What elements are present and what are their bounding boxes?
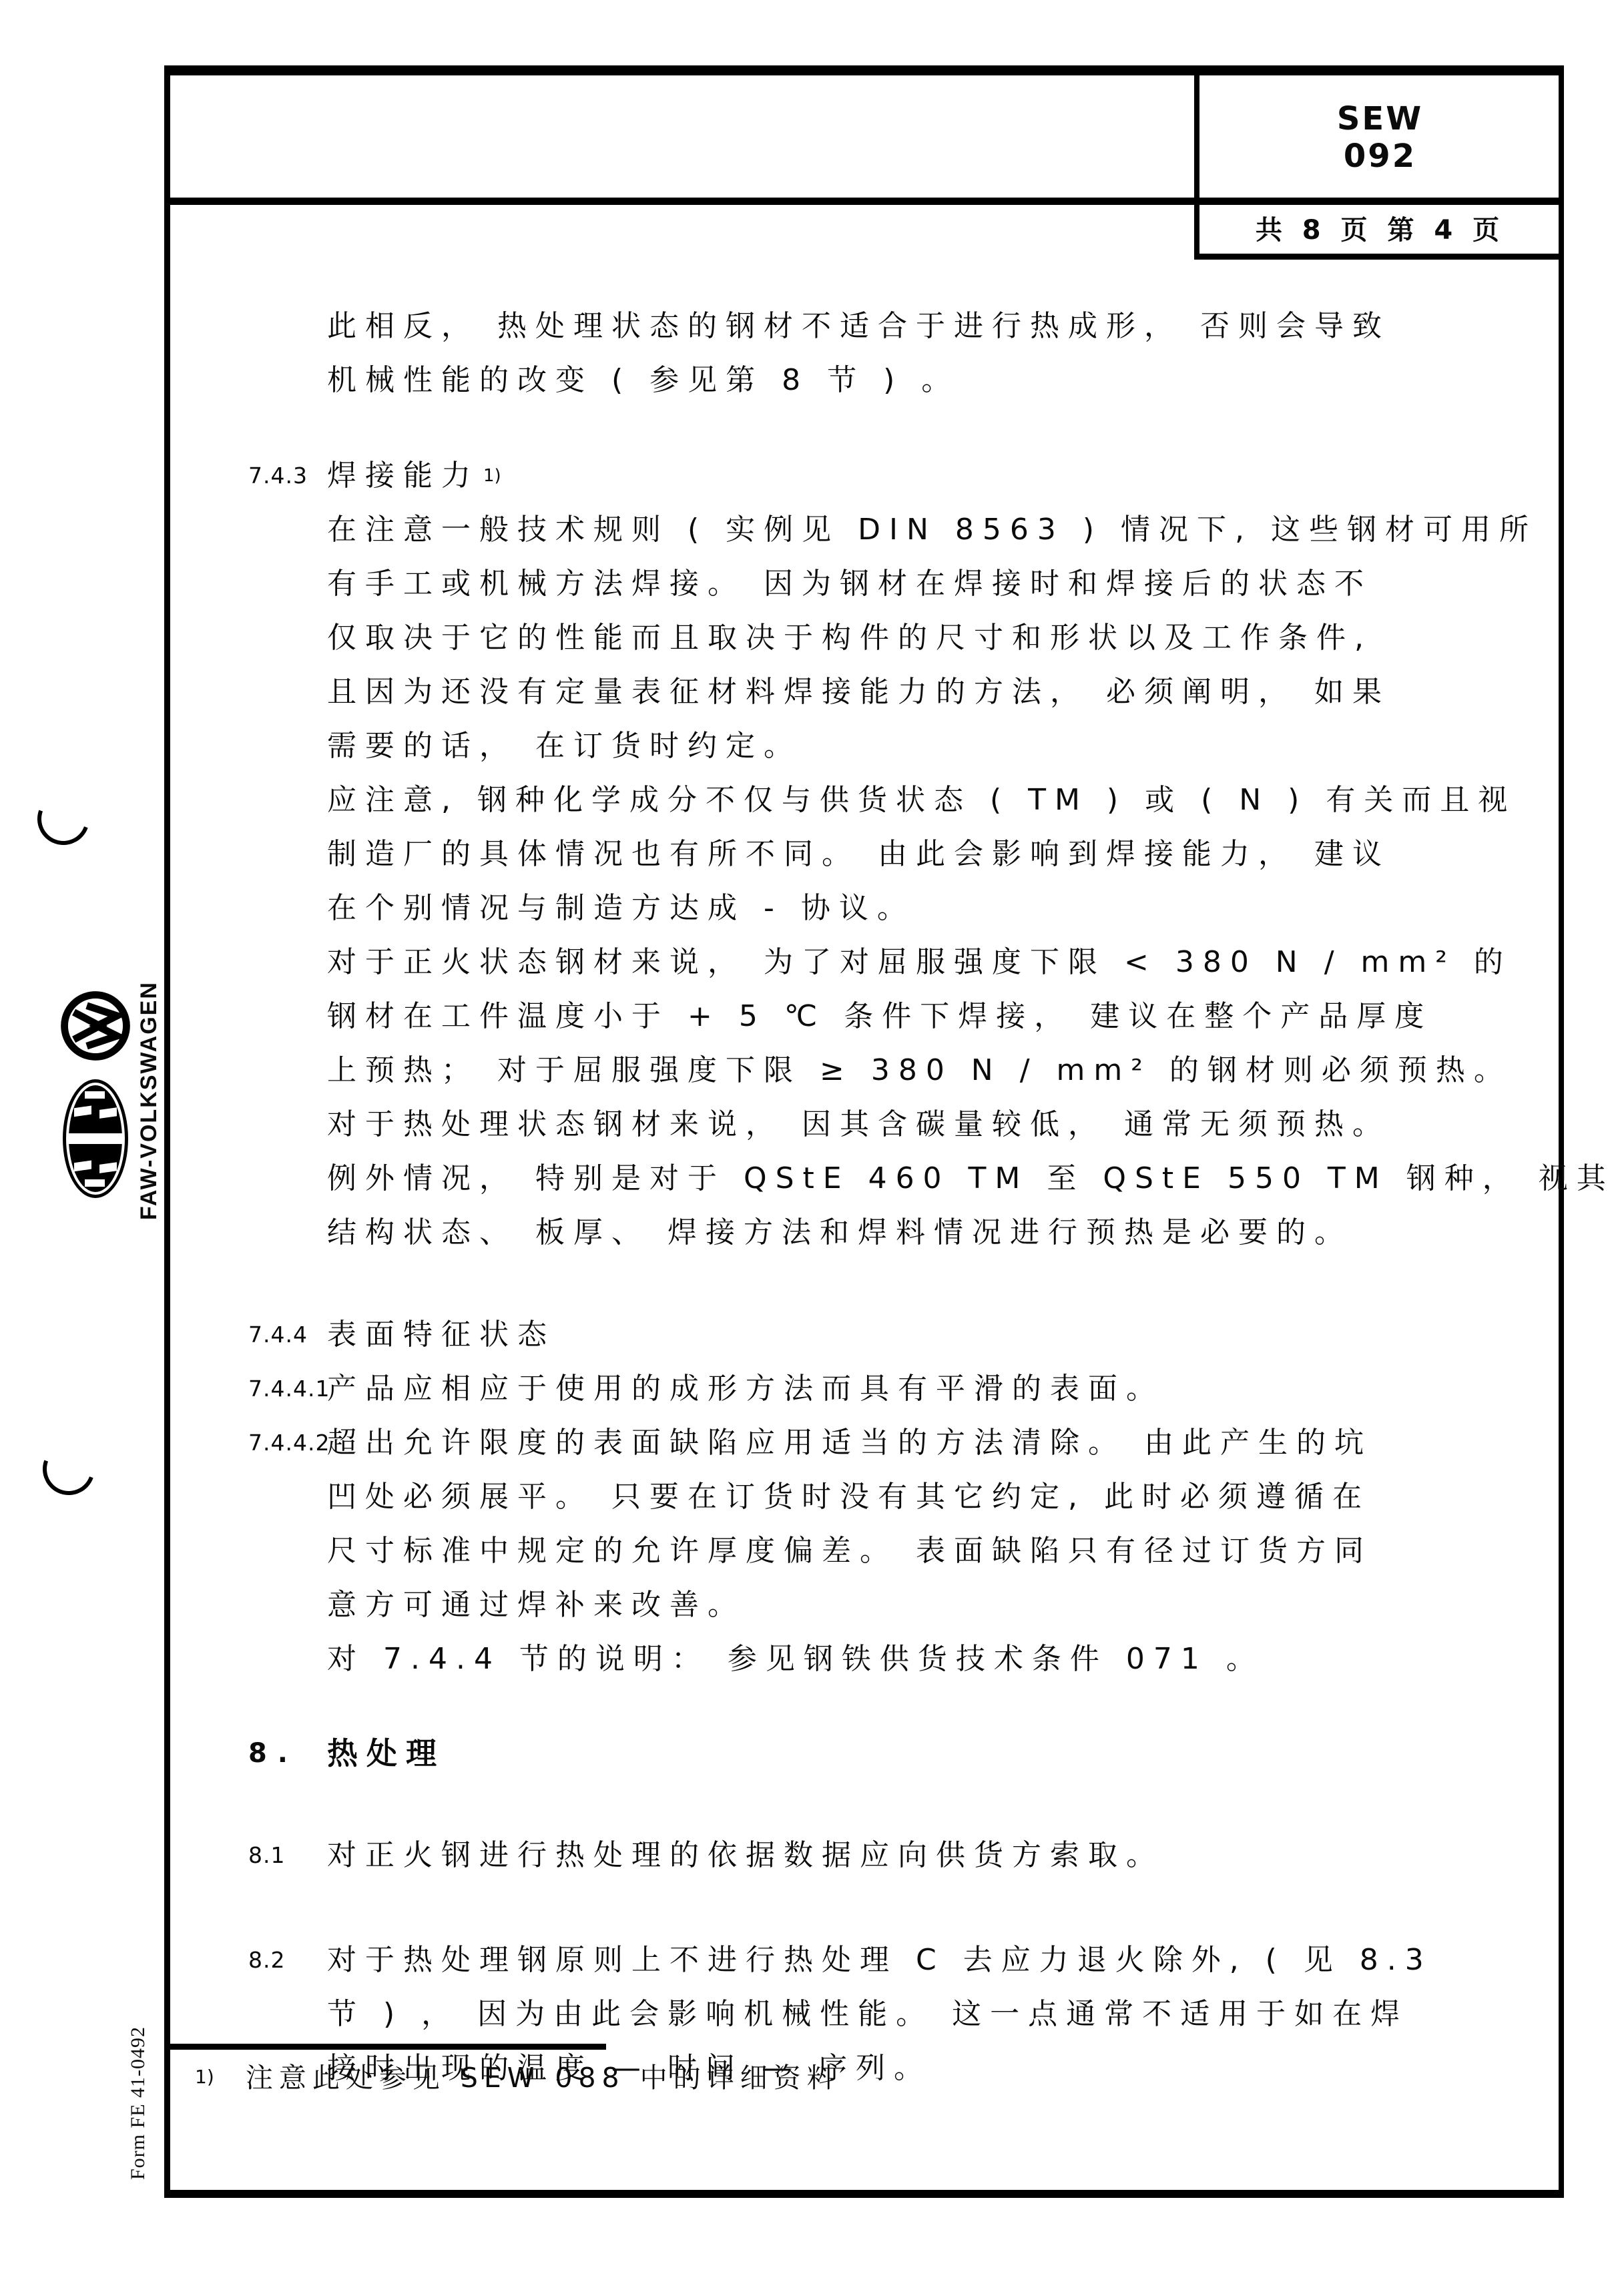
faw-logo-icon (61, 1078, 130, 1199)
text-line: 7.4.4.2超出允许限度的表面缺陷应用适当的方法清除。 由此产生的坑 (167, 1419, 1542, 1473)
text-line: 尺寸标准中规定的允许厚度偏差。 表面缺陷只有径过订货方同 (167, 1527, 1542, 1581)
text-line: 上预热； 对于屈服强度下限 ≥ 380 N / mm² 的钢材则必须预热。 (167, 1047, 1542, 1101)
line-text: 在个别情况与制造方达成 - 协议。 (327, 884, 915, 932)
text-line: 节 ) ， 因为由此会影响机械性能。 这一点通常不适用于如在焊 (167, 1990, 1542, 2044)
text-line: 此相反， 热处理状态的钢材不适合于进行热成形， 否则会导致 (167, 302, 1542, 356)
vw-logo-icon (59, 990, 131, 1062)
text-line: 机械性能的改变 ( 参见第 8 节 ) 。 (167, 356, 1542, 410)
line-text: 热处理 (327, 1729, 445, 1777)
line-text: 表面特征状态 (327, 1311, 555, 1359)
text-line: 在注意一般技术规则 ( 实例见 DIN 8563 ) 情况下, 这些钢材可用所 (167, 506, 1542, 560)
line-text: 焊接能力 (327, 452, 479, 500)
section-number: 8 . (248, 1729, 288, 1777)
document-page: SEW 092 共 8 页 第 4 页 此相反， 热处理状态的钢材不适合于进行热… (0, 0, 1612, 2296)
text-line: 8.1对正火钢进行热处理的依据数据应向供货方索取。 (167, 1831, 1542, 1886)
border-bottom (164, 2190, 1564, 2198)
text-line: 对于正火状态钢材来说， 为了对屈服强度下限 < 380 N / mm² 的 (167, 938, 1542, 992)
document-body: 此相反， 热处理状态的钢材不适合于进行热成形， 否则会导致机械性能的改变 ( 参… (167, 257, 1542, 2098)
punch-hole-mark-bottom (34, 1434, 103, 1504)
line-text: 产品应相应于使用的成形方法而具有平滑的表面。 (327, 1365, 1164, 1413)
line-text: 节 ) ， 因为由此会影响机械性能。 这一点通常不适用于如在焊 (327, 1990, 1408, 2038)
line-text: 上预热； 对于屈服强度下限 ≥ 380 N / mm² 的钢材则必须预热。 (327, 1047, 1512, 1095)
text-line: 例外情况， 特别是对于 QStE 460 TM 至 QStE 550 TM 钢种… (167, 1155, 1542, 1209)
line-text: 仅取决于它的性能而且取决于构件的尺寸和形状以及工作条件, (327, 614, 1372, 662)
text-line: 8.2对于热处理钢原则上不进行热处理 C 去应力退火除外, ( 见 8.3 (167, 1936, 1542, 1990)
punch-hole-mark-top (29, 784, 98, 854)
border-top (164, 65, 1564, 75)
border-right (1559, 65, 1564, 2198)
line-text: 对正火钢进行热处理的依据数据应向供货方索取。 (327, 1831, 1164, 1880)
text-line: 7.4.4.1产品应相应于使用的成形方法而具有平滑的表面。 (167, 1365, 1542, 1419)
text-line: 对 7.4.4 节的说明： 参见钢铁供货技术条件 071 。 (167, 1635, 1542, 1689)
text-line: 钢材在工件温度小于 + 5 ℃ 条件下焊接， 建议在整个产品厚度 (167, 992, 1542, 1047)
text-line: 在个别情况与制造方达成 - 协议。 (167, 884, 1542, 938)
standard-code-line1: SEW (1337, 100, 1423, 137)
text-line: 7.4.3焊接能力1) (167, 452, 1542, 506)
line-text: 有手工或机械方法焊接。 因为钢材在焊接时和焊接后的状态不 (327, 560, 1372, 608)
text-line: 凹处必须展平。 只要在订货时没有其它约定, 此时必须遵循在 (167, 1473, 1542, 1527)
text-line: 结构状态、 板厚、 焊接方法和焊料情况进行预热是必要的。 (167, 1209, 1542, 1263)
line-text: 超出允许限度的表面缺陷应用适当的方法清除。 由此产生的坑 (327, 1419, 1372, 1467)
text-line: 意方可通过焊补来改善。 (167, 1581, 1542, 1635)
text-line: 有手工或机械方法焊接。 因为钢材在焊接时和焊接后的状态不 (167, 560, 1542, 614)
section-number: 7.4.4 (248, 1311, 308, 1359)
line-text: 意方可通过焊补来改善。 (327, 1581, 746, 1629)
line-text: 且因为还没有定量表征材料焊接能力的方法， 必须阐明， 如果 (327, 668, 1390, 716)
line-text: 在注意一般技术规则 ( 实例见 DIN 8563 ) 情况下, 这些钢材可用所 (327, 506, 1537, 554)
text-line: 应注意, 钢种化学成分不仅与供货状态 ( TM ) 或 ( N ) 有关而且视 (167, 776, 1542, 830)
line-text: 尺寸标准中规定的允许厚度偏差。 表面缺陷只有径过订货方同 (327, 1527, 1372, 1575)
line-text: 对于热处理状态钢材来说， 因其含碳量较低， 通常无须预热。 (327, 1101, 1390, 1149)
form-number-vertical: Form FE 41-0492 (127, 2026, 150, 2180)
footnote-text: 注意此处参见 SEW 088 中的详细资料 (246, 2062, 840, 2094)
section-number: 7.4.4.2 (248, 1419, 330, 1467)
text-line: 8 .热处理 (167, 1729, 1542, 1785)
page-count-cell: 共 8 页 第 4 页 (1201, 200, 1559, 255)
line-text: 制造厂的具体情况也有所不同。 由此会影响到焊接能力， 建议 (327, 830, 1390, 878)
line-text: 钢材在工件温度小于 + 5 ℃ 条件下焊接， 建议在整个产品厚度 (327, 992, 1432, 1041)
text-line: 对于热处理状态钢材来说， 因其含碳量较低， 通常无须预热。 (167, 1101, 1542, 1155)
line-text: 例外情况， 特别是对于 QStE 460 TM 至 QStE 550 TM 钢种… (327, 1155, 1612, 1203)
line-text: 结构状态、 板厚、 焊接方法和焊料情况进行预热是必要的。 (327, 1209, 1352, 1257)
section-number: 8.2 (248, 1936, 285, 1984)
line-text: 需要的话， 在订货时约定。 (327, 722, 802, 770)
page-count-text: 共 8 页 第 4 页 (1256, 209, 1505, 247)
line-text: 凹处必须展平。 只要在订货时没有其它约定, 此时必须遵循在 (327, 1473, 1370, 1521)
line-text: 对于正火状态钢材来说， 为了对屈服强度下限 < 380 N / mm² 的 (327, 938, 1512, 986)
footnote-ref: 1) (483, 466, 501, 486)
standard-code-line2: 092 (1344, 137, 1416, 175)
footnote-marker: 1) (195, 2066, 214, 2088)
standard-code-box: SEW 092 (1201, 79, 1559, 196)
section-number: 7.4.3 (248, 452, 308, 500)
text-line: 仅取决于它的性能而且取决于构件的尺寸和形状以及工作条件, (167, 614, 1542, 668)
text-line: 需要的话， 在订货时约定。 (167, 722, 1542, 776)
text-line: 制造厂的具体情况也有所不同。 由此会影响到焊接能力， 建议 (167, 830, 1542, 884)
footnote: 1) 注意此处参见 SEW 088 中的详细资料 (167, 2056, 1168, 2105)
section-number: 7.4.4.1 (248, 1365, 330, 1413)
company-name-vertical: FAW-VOLKSWAGEN (136, 981, 162, 1220)
line-text: 机械性能的改变 ( 参见第 8 节 ) 。 (327, 356, 959, 404)
text-line: 7.4.4表面特征状态 (167, 1311, 1542, 1365)
text-line: 且因为还没有定量表征材料焊接能力的方法， 必须阐明， 如果 (167, 668, 1542, 722)
line-text: 对 7.4.4 节的说明： 参见钢铁供货技术条件 071 。 (327, 1635, 1264, 1683)
header-vertical-line (1194, 65, 1199, 258)
line-text: 应注意, 钢种化学成分不仅与供货状态 ( TM ) 或 ( N ) 有关而且视 (327, 776, 1516, 824)
line-text: 对于热处理钢原则上不进行热处理 C 去应力退火除外, ( 见 8.3 (327, 1936, 1432, 1984)
section-number: 8.1 (248, 1831, 285, 1880)
line-text: 此相反， 热处理状态的钢材不适合于进行热成形， 否则会导致 (327, 302, 1390, 350)
footnote-separator-line (167, 2044, 606, 2050)
